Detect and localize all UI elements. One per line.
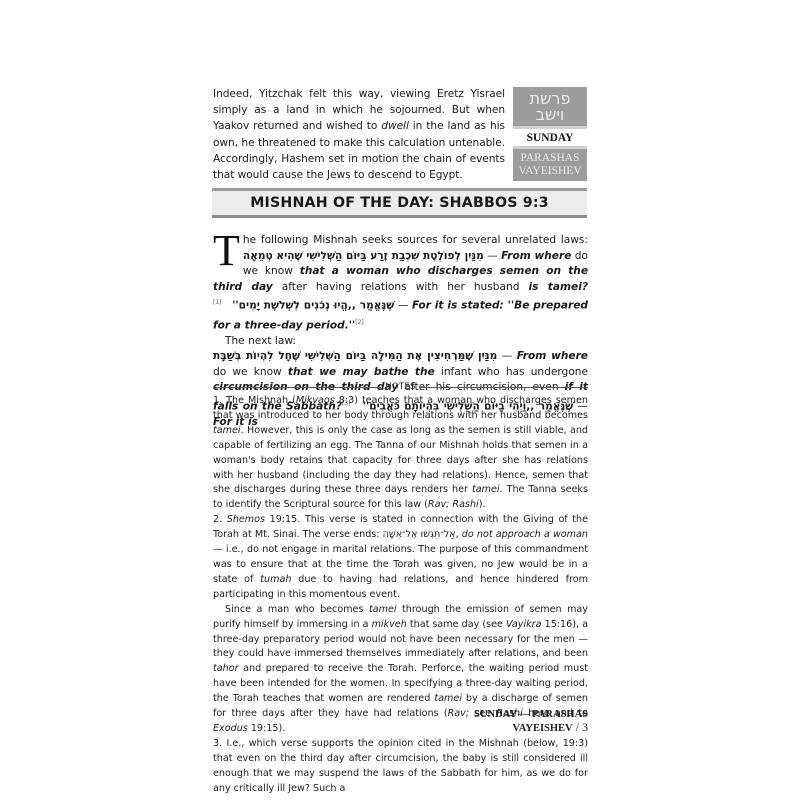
text-italic: tamei xyxy=(472,484,500,495)
text-bold-italic: is tamei? xyxy=(528,281,588,293)
text-bold-italic: From where xyxy=(501,250,571,262)
hebrew-quote: מִנַּיִן שֶׁמַּרְחִיצִין אֶת הַמִּילָה ב… xyxy=(213,350,497,362)
text: 2. xyxy=(213,514,227,525)
running-head: SUNDAY — PARASHAS VAYEISHEV xyxy=(474,709,588,734)
page-footer: SUNDAY — PARASHAS VAYEISHEV / 3 xyxy=(413,709,588,735)
text-italic: Exodus xyxy=(213,723,248,734)
text: infant who has undergone xyxy=(435,366,588,378)
dash: — xyxy=(484,250,501,262)
notes-divider: NOTES xyxy=(213,381,588,393)
intro-emphasis-dwell: dwell xyxy=(381,120,409,132)
text: 19:15). xyxy=(248,723,286,734)
text: after having relations with her husband xyxy=(273,281,529,293)
parasha-english-label: PARASHAS VAYEISHEV xyxy=(513,146,587,181)
text-italic: Shemos xyxy=(227,514,265,525)
footnote-ref-2[interactable]: [2] xyxy=(355,319,364,326)
dash: — xyxy=(497,350,516,362)
text-italic: tahor xyxy=(213,663,239,674)
text-italic: tamei xyxy=(434,693,462,704)
drop-cap: T xyxy=(213,234,240,268)
text-italic: Vayikra xyxy=(506,619,542,630)
text-bold-italic: that we may bathe the xyxy=(288,366,435,378)
intro-paragraph: Indeed, Yitzchak felt this way, viewing … xyxy=(213,86,505,183)
footnote-ref-1[interactable]: [1] xyxy=(213,299,222,306)
footer-separator: / xyxy=(573,720,582,734)
text-bold-italic: From where xyxy=(517,350,588,362)
notes-section: 1. The Mishnah (Mikvaos 8:3) teaches tha… xyxy=(213,394,588,796)
text-italic: tamei xyxy=(369,604,397,615)
divider-line-left xyxy=(213,387,381,388)
mishnah-paragraph-2: The next law: xyxy=(213,334,588,350)
hebrew-quote: אַל־תִּגְּשׁוּ אֶל־אִשָּׁה xyxy=(383,529,456,540)
text-italic: tumah xyxy=(260,574,291,585)
notes-label: NOTES xyxy=(381,382,420,392)
note-3: 3. I.e., which verse supports the opinio… xyxy=(213,737,588,797)
hebrew-quote: שֶׁנֶּאֱמַר ,,הֱיוּ נְכֹנִים לִשְׁלֹשֶׁת… xyxy=(232,300,394,312)
text: Since a man who becomes xyxy=(225,604,369,615)
text-italic: Mikvaos xyxy=(296,395,335,406)
text: do we know xyxy=(213,366,288,378)
text: 1. The Mishnah ( xyxy=(213,395,296,406)
parasha-hebrew-line-2: וישב xyxy=(513,107,587,123)
text-italic: mikveh xyxy=(372,619,407,630)
mishnah-paragraph-1: The following Mishnah seeks sources for … xyxy=(213,233,588,334)
parasha-side-tab: פרשת וישב SUNDAY PARASHAS VAYEISHEV xyxy=(513,87,587,181)
hebrew-quote: מִנַּיִן לְפוֹלֶטֶת שִׁכְבַת זֶרַע בַּיּ… xyxy=(243,250,484,262)
text: that same day (see xyxy=(407,619,506,630)
text: ). xyxy=(479,499,486,510)
text-italic: tamei xyxy=(213,425,241,436)
text-italic: Rav; Rashi xyxy=(428,499,479,510)
divider-line-right xyxy=(420,387,588,388)
text: he following Mishnah seeks sources for s… xyxy=(243,234,588,246)
note-2: 2. Shemos 19:15. This verse is stated in… xyxy=(213,513,588,602)
day-label: SUNDAY xyxy=(513,129,587,146)
page-number: 3 xyxy=(582,720,588,734)
dash: — xyxy=(394,300,412,312)
section-header: MISHNAH OF THE DAY: SHABBOS 9:3 xyxy=(212,188,587,218)
parasha-english-line-2: VAYEISHEV xyxy=(513,165,587,178)
text-italic: do not approach a woman xyxy=(462,529,588,540)
note-1: 1. The Mishnah (Mikvaos 8:3) teaches tha… xyxy=(213,394,588,513)
parasha-hebrew-label: פרשת וישב xyxy=(513,87,587,129)
parasha-english-line-1: PARASHAS xyxy=(513,152,587,165)
